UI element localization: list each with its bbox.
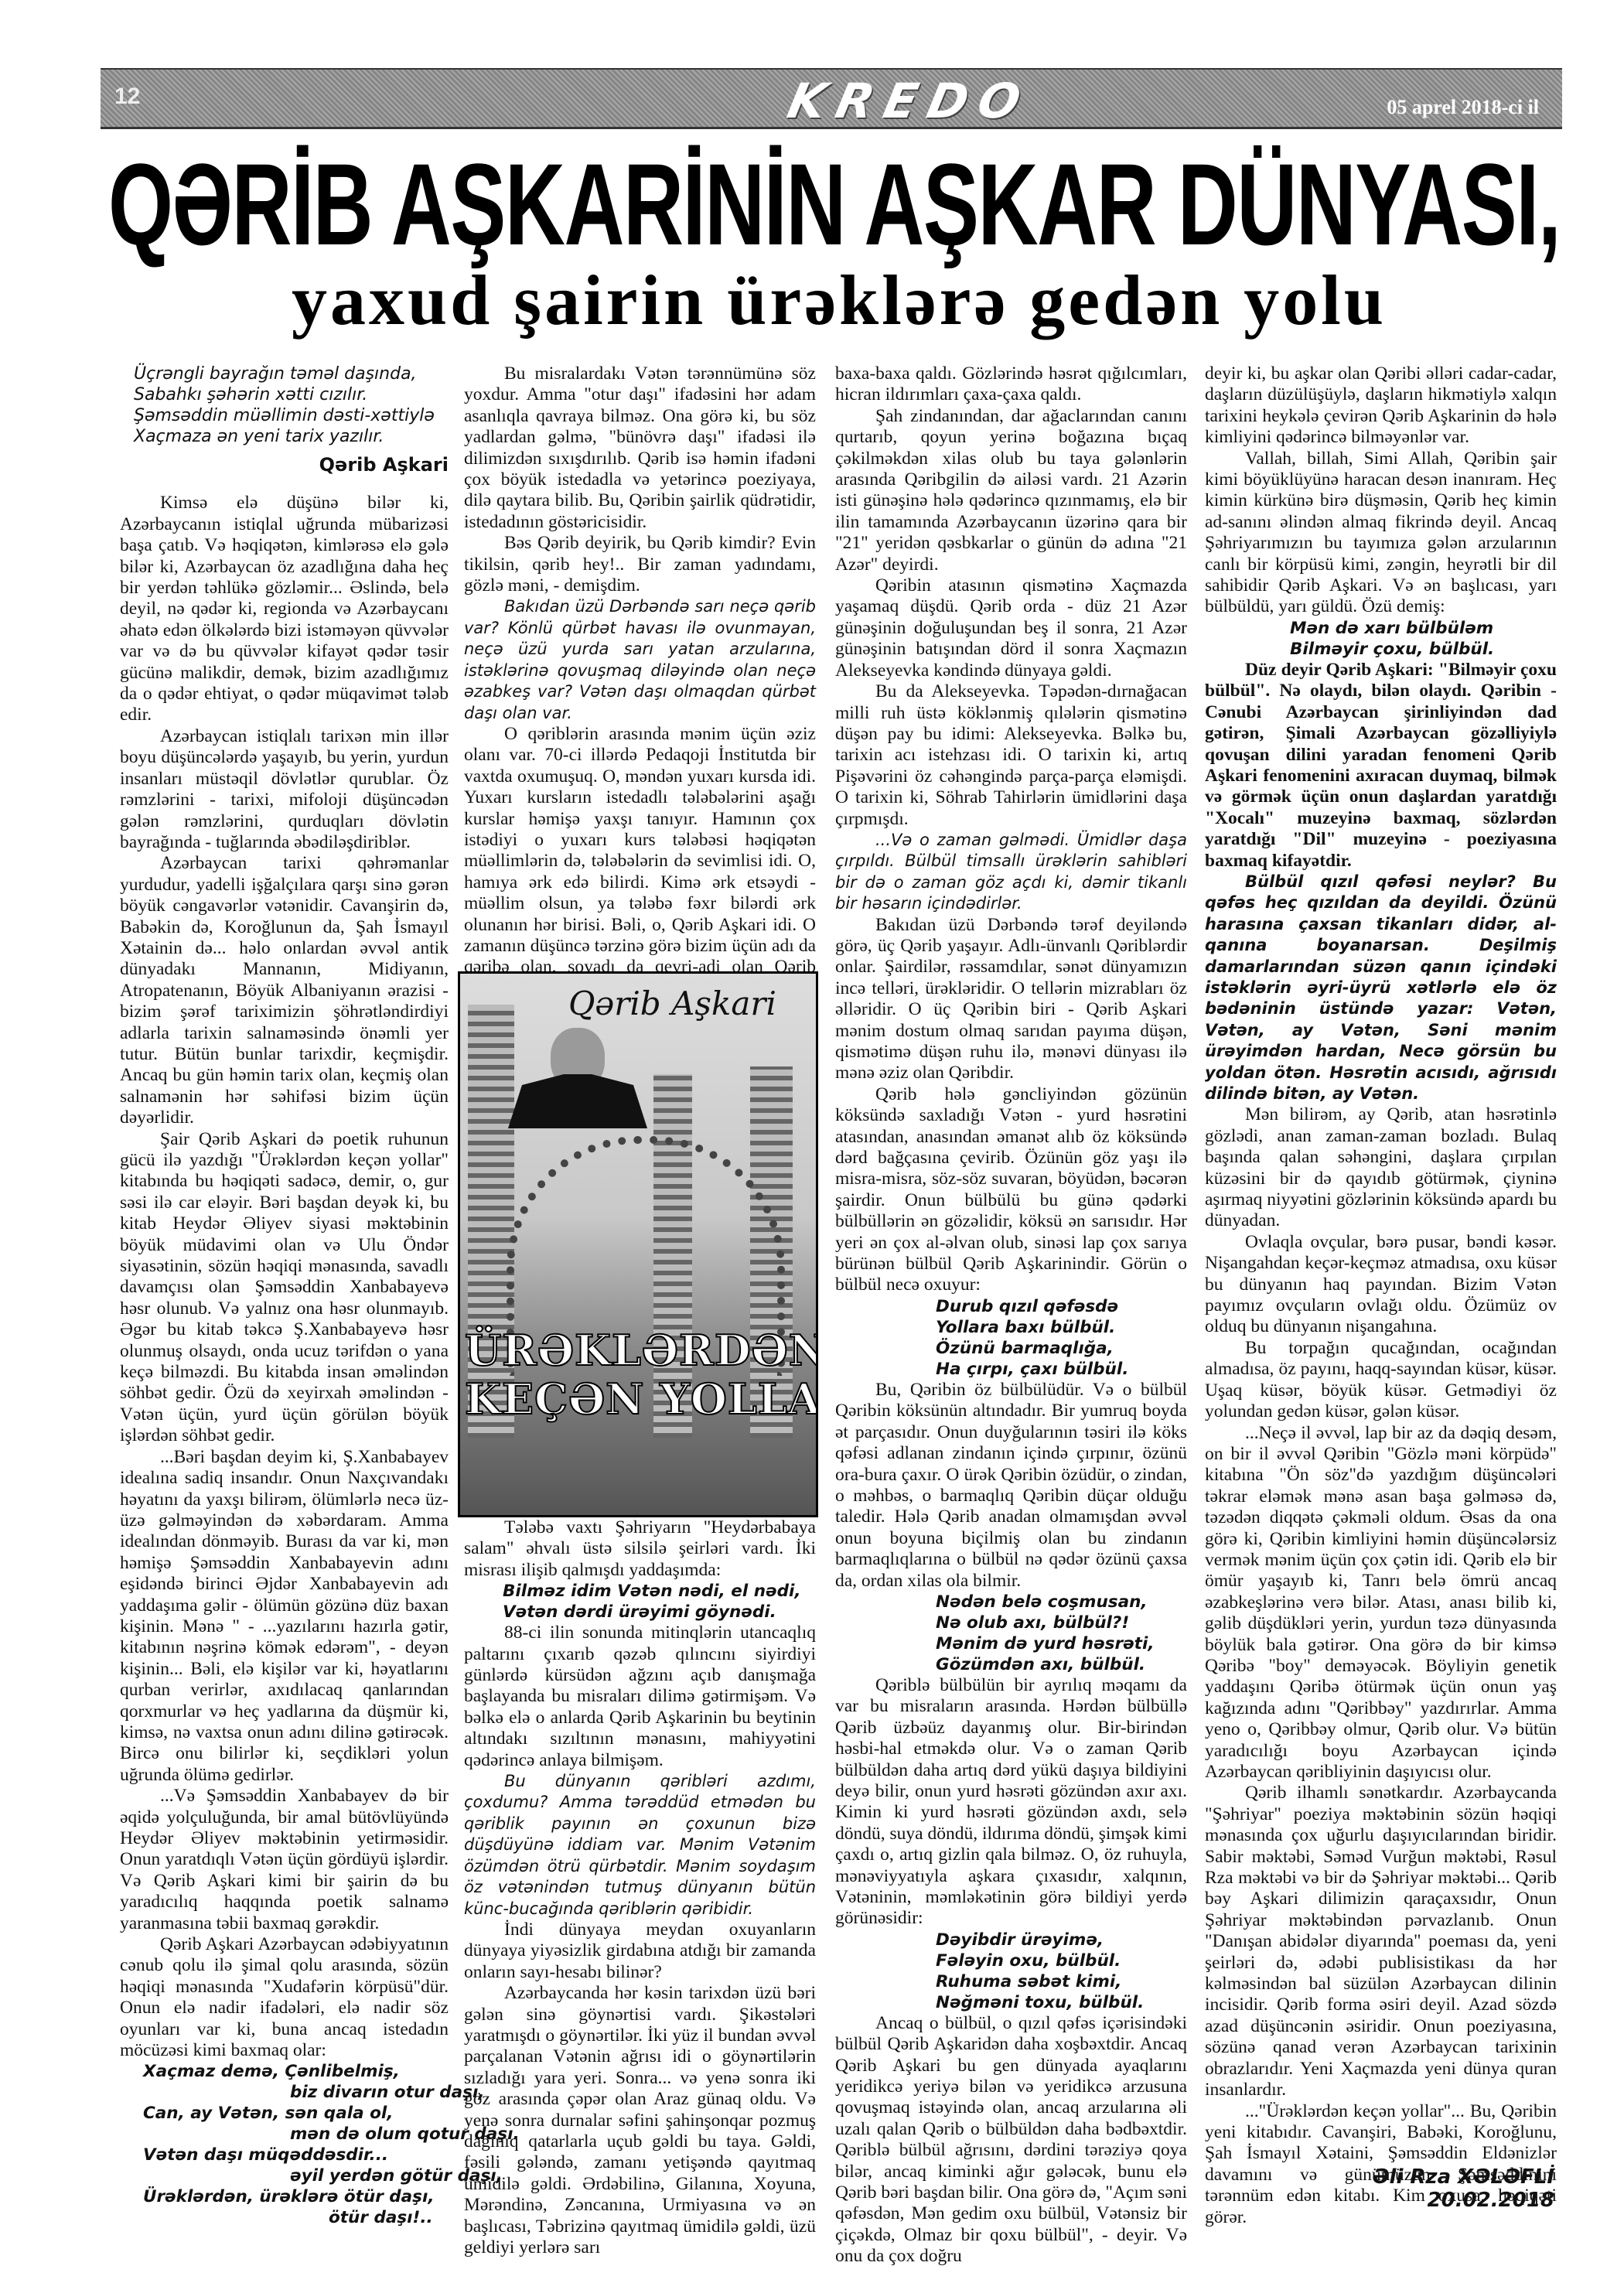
epigraph: Üçrəngli bayrağın təməl daşında, Sabahkı… <box>134 363 449 447</box>
paragraph: Bakıdan üzü Dərbəndə tərəf deyiləndə gör… <box>835 915 1187 1084</box>
verse-line: Mənim də yurd həsrəti, <box>936 1633 1187 1654</box>
paragraph: ...Neçə il əvvəl, lap bir az da dəqiq de… <box>1205 1423 1557 1783</box>
verse-line: Can, ay Vətən, sən qala ol, <box>120 2103 449 2124</box>
italic-paragraph: ...Və o zaman gəlmədi. Ümidlər daşa çırp… <box>835 830 1187 915</box>
paragraph: Kimsə elə düşünə bilər ki, Azərbaycanın … <box>120 493 449 725</box>
verse-line: Özünü barmaqlığa, <box>936 1338 1187 1359</box>
paragraph: Şah zindanından, dar ağaclarından canını… <box>835 406 1187 575</box>
paragraph: Mən bilirəm, ay Qərib, atan həsrətinlə g… <box>1205 1104 1557 1231</box>
newspaper-logo: KREDO <box>783 73 1036 129</box>
paragraph: Azərbaycanda hər kəsin tarixdən üzü bəri… <box>464 1983 816 2258</box>
verse-line: Ha çırpı, çaxı bülbül. <box>936 1359 1187 1380</box>
masthead-bar: 12 KREDO 05 aprel 2018-ci il <box>101 68 1562 129</box>
verse-line: Durub qızıl qəfəsdə <box>936 1296 1187 1317</box>
paragraph: Bu, Qəribin öz bülbülüdür. Və o bülbül Q… <box>835 1380 1187 1592</box>
paragraph: ...Bəri başdan deyim ki, Ş.Xanbabayev id… <box>120 1447 449 1786</box>
paragraph: Qərib ilhamlı sənətkardır. Azərbaycanda … <box>1205 1783 1557 2100</box>
italic-paragraph: Bakıdan üzü Dərbəndə sarı neçə qərib var… <box>464 596 816 723</box>
article-subheadline: yaxud şairin ürəklərə gedən yolu <box>116 259 1562 341</box>
italic-paragraph: Bu dünyanın qəribləri azdımı, çoxdumu? A… <box>464 1771 816 1920</box>
paragraph: Qərib Aşkari Azərbaycan ədəbiyyatının cə… <box>120 1934 449 2061</box>
article-headline: QƏRİB AŞKARİNİN AŞKAR DÜNYASI, <box>108 138 1155 271</box>
verse-line: Ruhuma səbət kimi, <box>936 1971 1187 1992</box>
book-cover-photo: Qərib Aşkari ÜRƏKLƏRDƏN KEÇƏN YOLLAR <box>458 971 818 1517</box>
paragraph: Qərib hələ gəncliyindən gözünün köksündə… <box>835 1084 1187 1296</box>
verse-line: Nə olub axı, bülbül?! <box>936 1612 1187 1633</box>
italic-paragraph: Bülbül qızıl qəfəsi neylər? Bu qəfəs heç… <box>1205 872 1557 1104</box>
article-signature: Əli Rza XƏLƏFLİ 20.02.2018 <box>1372 2165 1554 2212</box>
paragraph: Azərbaycan tarixi qəhrəmanlar yurdudur, … <box>120 853 449 1128</box>
verse-line: Fələyin oxu, bülbül. <box>936 1950 1187 1971</box>
paragraph: Azərbaycan istiqlalı tarixən min illər b… <box>120 726 449 853</box>
page-number: 12 <box>114 84 140 110</box>
column-4: deyir ki, bu aşkar olan Qəribi əlləri ca… <box>1205 363 1557 2228</box>
paragraph: Ovlaqla ovçular, bərə pusar, bəndi kəsər… <box>1205 1232 1557 1338</box>
paragraph: Bu da Alekseyevka. Təpədən-dırnağacan mi… <box>835 681 1187 830</box>
author-portrait <box>508 1028 647 1121</box>
issue-date: 05 aprel 2018-ci il <box>1387 96 1539 119</box>
portrait-body <box>508 1074 647 1128</box>
epigraph-line: Üçrəngli bayrağın təməl daşında, <box>134 363 449 384</box>
paragraph: İndi dünyaya meydan oxuyanların dünyaya … <box>464 1920 816 1983</box>
column-3: baxa-baxa qaldı. Gözlərində həsrət qığıl… <box>835 363 1187 2268</box>
verse-line: biz divarın otur daşı, <box>120 2082 449 2103</box>
verse-line: əyil yerdən götür daşı, <box>120 2165 449 2186</box>
cover-author-signature: Qərib Aşkari <box>568 985 776 1022</box>
poem-excerpt: Xaçmaz demə, Çənlibelmiş, biz divarın ot… <box>120 2061 449 2228</box>
paragraph: deyir ki, bu aşkar olan Qəribi əlləri ca… <box>1205 363 1557 449</box>
signature-date: 20.02.2018 <box>1372 2189 1554 2212</box>
verse-line: Vətən dərdi ürəyimi göynədi. <box>503 1602 816 1623</box>
bold-paragraph: Düz deyir Qərib Aşkari: "Bilməyir çoxu b… <box>1205 660 1557 872</box>
epigraph-line: Sabahkı şəhərin xətti cızılır. <box>134 384 449 405</box>
paragraph: ...Və Şəmsəddin Xanbabayev də bir əqidə … <box>120 1786 449 1934</box>
poem-excerpt: Durub qızıl qəfəsdə Yollara baxı bülbül.… <box>835 1296 1187 1380</box>
verse-line: Nədən belə coşmusan, <box>936 1592 1187 1612</box>
verse-line: Bilməyir çoxu, bülbül. <box>1290 639 1557 660</box>
paragraph: baxa-baxa qaldı. Gözlərində həsrət qığıl… <box>835 363 1187 406</box>
paragraph: Bu misralardakı Vətən tərənnümünə söz yo… <box>464 363 816 533</box>
book-title-line: ÜRƏKLƏRDƏN <box>465 1326 813 1375</box>
verse-line: Xaçmaz demə, Çənlibelmiş, <box>120 2061 449 2082</box>
paragraph: Bu torpağın qucağından, ocağından almadı… <box>1205 1338 1557 1423</box>
verse-line: Dəyibdir ürəyimə, <box>936 1930 1187 1950</box>
verse-line: Vətən daşı müqəddəsdir... <box>120 2145 449 2165</box>
verse-line: mən də olum qotur daşı. <box>120 2124 449 2145</box>
author-name: Əli Rza XƏLƏFLİ <box>1372 2165 1554 2189</box>
verse-line: Nəğməni toxu, bülbül. <box>936 1992 1187 2013</box>
verse-line: ötür daşı!.. <box>120 2207 449 2228</box>
epigraph-line: Xaçmaza ən yeni tarix yazılır. <box>134 426 449 447</box>
paragraph: Qəribin atasının qismətinə Xaçmazda yaşa… <box>835 575 1187 681</box>
paragraph: 88-ci ilin sonunda mitinqlərin utancaqlı… <box>464 1623 816 1771</box>
poem-excerpt: Mən də xarı bülbüləm Bilməyir çoxu, bülb… <box>1205 618 1557 660</box>
verse-line: Ürəklərdən, ürəklərə ötür daşı, <box>120 2186 449 2207</box>
column-2-bottom: Tələbə vaxtı Şəhriyarın "Heydərbabaya sa… <box>464 1517 816 2258</box>
verse-line: Gözümdən axı, bülbül. <box>936 1654 1187 1675</box>
book-title-line: KEÇƏN YOLLAR <box>465 1374 813 1424</box>
poem-excerpt: Dəyibdir ürəyimə, Fələyin oxu, bülbül. R… <box>835 1930 1187 2013</box>
poem-excerpt: Nədən belə coşmusan, Nə olub axı, bülbül… <box>835 1592 1187 1675</box>
paragraph: Ancaq o bülbül, o qızıl qəfəs içərisində… <box>835 2013 1187 2268</box>
verse-line: Yollara baxı bülbül. <box>936 1317 1187 1338</box>
paragraph: Tələbə vaxtı Şəhriyarın "Heydərbabaya sa… <box>464 1517 816 1581</box>
paragraph: Şair Qərib Aşkari də poetik ruhunun gücü… <box>120 1129 449 1447</box>
column-2-top: Bu misralardakı Vətən tərənnümünə söz yo… <box>464 363 816 999</box>
verse-line: Mən də xarı bülbüləm <box>1290 618 1557 639</box>
column-1: Üçrəngli bayrağın təməl daşında, Sabahkı… <box>120 363 449 2228</box>
epigraph-line: Şəmsəddin müəllimin dəsti-xəttiylə <box>134 405 449 426</box>
paragraph: Vallah, billah, Simi Allah, Qəribin şair… <box>1205 449 1557 618</box>
paragraph: O qəriblərin arasında mənim üçün əziz ol… <box>464 724 816 999</box>
paragraph: Qəriblə bülbülün bir ayrılıq məqamı da v… <box>835 1675 1187 1930</box>
verse-line: Bilməz idim Vətən nədi, el nədi, <box>503 1581 816 1602</box>
epigraph-author: Qərib Aşkari <box>120 455 449 476</box>
poem-excerpt: Bilməz idim Vətən nədi, el nədi, Vətən d… <box>464 1581 816 1623</box>
paragraph: Bəs Qərib deyirik, bu Qərib kimdir? Evin… <box>464 533 816 596</box>
